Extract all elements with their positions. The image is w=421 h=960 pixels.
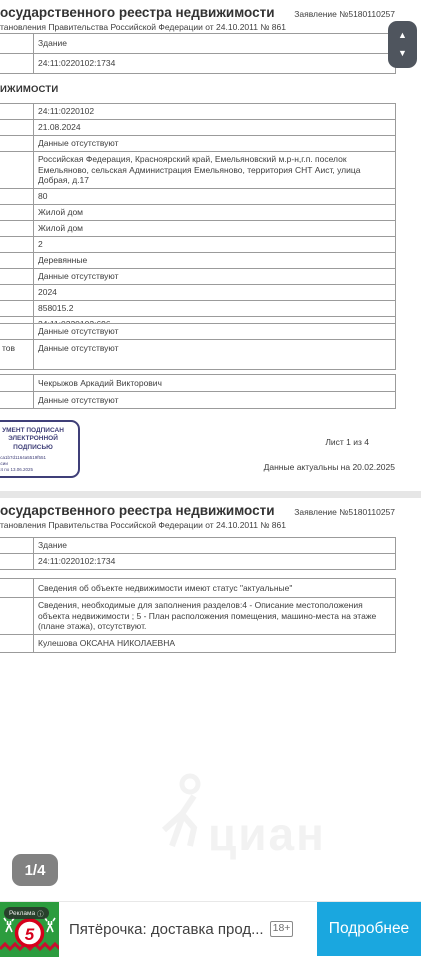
row-value: Данные отсутствуют [0, 324, 123, 339]
row-value: Данные отсутствуют [0, 393, 123, 408]
row-value: Сведения, необходимые для заполнения раз… [0, 598, 395, 634]
row-value: Данные отсутствуют [0, 269, 123, 284]
stamp-line: ПОДПИСЬЮ [0, 444, 78, 452]
ad-sponsor-text: Реклама [9, 910, 35, 917]
cian-watermark-icon [160, 770, 208, 855]
row-value: Российская Федерация, Красноярский край,… [0, 152, 395, 188]
stamp-caption: УМЕНТ ПОДПИСАН ЭЛЕКТРОННОЙ ПОДПИСЬЮ [0, 427, 78, 452]
row-value: Жилой дом [0, 221, 87, 236]
table-row: тов Данные отсутствуют [0, 340, 395, 370]
page2-object-table: Здание 24:11:0220102:1734 [0, 537, 396, 570]
scroll-down-icon[interactable]: ▼ [398, 49, 407, 58]
page1-subtitle: тановления Правительства Российской Феде… [0, 22, 286, 32]
table-row: Чекрыжов Аркадий Викторович [0, 375, 395, 392]
page1-details-table-2: Данные отсутствуют тов Данные отсутствую… [0, 323, 396, 370]
row-value: Данные отсутствуют [0, 340, 123, 356]
digital-signature-stamp: УМЕНТ ПОДПИСАН ЭЛЕКТРОННОЙ ПОДПИСЬЮ e4cc… [0, 420, 80, 478]
row-value: Жилой дом [0, 205, 87, 220]
cian-watermark: циан [160, 770, 326, 855]
stamp-meta-line: 2024 по 13.06.2025 [0, 467, 78, 473]
row-value: Здание [0, 538, 71, 553]
table-row: 2 [0, 237, 395, 253]
table-row: Данные отсутствуют [0, 324, 395, 340]
screen: осударственного реестра недвижимости Зая… [0, 0, 421, 960]
table-row: Сведения об объекте недвижимости имеют с… [0, 579, 395, 598]
table-row: 80 [0, 189, 395, 205]
row-label-fragment: тов [2, 343, 15, 353]
page2-status-table: Сведения об объекте недвижимости имеют с… [0, 578, 396, 653]
table-row: Данные отсутствуют [0, 136, 395, 152]
row-value: 24:11:0220102:1734 [0, 554, 119, 569]
info-icon[interactable]: ⓘ [37, 909, 44, 918]
page-indicator-badge: 1/4 [12, 854, 58, 886]
table-row: Данные отсутствуют [0, 269, 395, 285]
row-value: Данные отсутствуют [0, 136, 123, 151]
table-row: Деревянные [0, 253, 395, 269]
table-row: Сведения, необходимые для заполнения раз… [0, 598, 395, 635]
page1-title: осударственного реестра недвижимости [0, 5, 275, 20]
ad-title[interactable]: Пятёрочка: доставка прод... [69, 921, 264, 938]
table-row: Кулешова ОКСАНА НИКОЛАЕВНА [0, 635, 395, 653]
row-value: Кулешова ОКСАНА НИКОЛАЕВНА [0, 636, 179, 651]
row-value: 858015.2 [0, 301, 77, 316]
table-row: 2024 [0, 285, 395, 301]
data-actual-date: Данные актуальны на 20.02.2025 [264, 462, 395, 472]
page1-object-table: Здание 24:11:0220102:1734 [0, 33, 396, 74]
table-row: 24:11:0220102:1734 [0, 54, 395, 74]
ad-age-badge: 18+ [270, 921, 294, 936]
cian-watermark-text: циан [208, 814, 326, 855]
ad-banner[interactable]: 5 Реклама ⓘ Пятёрочка: доставка прод... … [0, 901, 421, 956]
row-value: 24:11:0220102:1734 [0, 56, 119, 71]
row-value: 21.08.2024 [0, 120, 85, 135]
row-value: Сведения об объекте недвижимости имеют с… [0, 581, 296, 596]
row-value: 2024 [0, 285, 61, 300]
row-value: 80 [0, 189, 51, 204]
ad-image[interactable]: 5 Реклама ⓘ [0, 902, 59, 957]
table-row: 858015.2 [0, 301, 395, 317]
page1-section-header: ИЖИМОСТИ [0, 84, 58, 95]
table-row: Российская Федерация, Красноярский край,… [0, 152, 395, 189]
table-row: 24:11:0220102:1734 [0, 554, 395, 570]
row-value: Деревянные [0, 253, 91, 268]
page2-application-number: Заявление №5180110257 [294, 507, 395, 517]
scroll-widget: ▲ ▼ [388, 21, 417, 68]
row-value: 24:11:0220102 [0, 104, 98, 119]
table-row: 21.08.2024 [0, 120, 395, 136]
stamp-line: ЭЛЕКТРОННОЙ [0, 435, 78, 443]
table-row: Здание [0, 538, 395, 554]
svg-text:5: 5 [25, 925, 35, 944]
table-row: Жилой дом [0, 205, 395, 221]
table-row: Жилой дом [0, 221, 395, 237]
row-value: Чекрыжов Аркадий Викторович [0, 376, 166, 391]
ad-sponsor-label[interactable]: Реклама ⓘ [4, 907, 49, 919]
page2-title: осударственного реестра недвижимости [0, 503, 275, 518]
table-row: Данные отсутствуют [0, 392, 395, 409]
ad-cta-button[interactable]: Подробнее [317, 902, 421, 956]
page1-owner-table: Чекрыжов Аркадий Викторович Данные отсут… [0, 374, 396, 409]
stamp-certificate-info: e4cca1b7d1164a5519f551 России 2024 по 13… [0, 455, 78, 473]
page2-subtitle: тановления Правительства Российской Феде… [0, 520, 286, 530]
page1-details-table: 24:11:0220102 21.08.2024 Данные отсутств… [0, 103, 396, 333]
ad-content[interactable]: Пятёрочка: доставка прод... 18+ [59, 902, 317, 956]
scroll-up-icon[interactable]: ▲ [398, 31, 407, 40]
page-separator [0, 491, 421, 498]
row-value: Здание [0, 36, 71, 51]
table-row: Здание [0, 34, 395, 54]
table-row: 24:11:0220102 [0, 104, 395, 120]
page1-application-number: Заявление №5180110257 [294, 9, 395, 19]
sheet-counter: Лист 1 из 4 [325, 437, 369, 447]
row-value: 2 [0, 237, 47, 252]
